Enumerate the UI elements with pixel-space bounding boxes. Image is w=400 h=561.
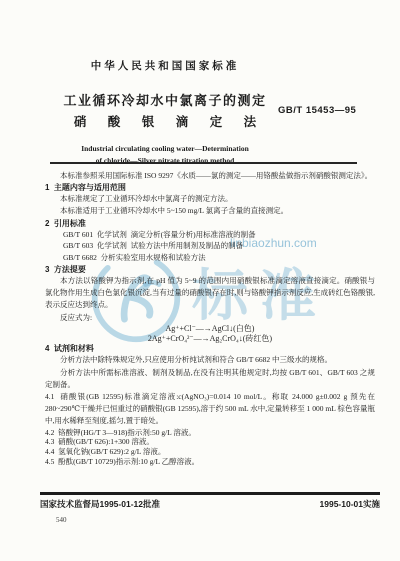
section1-para2: 本标准适用于工业循环冷却水中 5~150 mg/L 氯离子含量的直接测定。 [45,205,375,217]
footer: 国家技术监督局1995-01-12批准 1995-10-01实施 [40,498,380,510]
reagent-item-4-3: 4.3 硝酸(GB/T 626):1+300 溶液。 [45,437,375,447]
document-page: linbiaozhun.com 标准 中华人民共和国国家标准 工业循环冷却水中氯… [0,0,400,561]
doc-title-cn-line2: 硝 酸 银 滴 定 法 [45,112,285,130]
section1-heading: 1 主题内容与适用范围 [45,182,375,193]
national-standard-header: 中华人民共和国国家标准 [45,58,285,73]
doc-title-en-line1: Industrial circulating cooling water—Det… [45,143,285,155]
approval-note: 国家技术监督局1995-01-12批准 [40,498,160,510]
doc-title-en-line2: of chloride—Silver nitrate titration met… [45,155,285,167]
section3-heading: 3 方法提要 [45,264,375,275]
title-block: 中华人民共和国国家标准 工业循环冷却水中氯离子的测定 硝 酸 银 滴 定 法 I… [45,58,285,167]
reaction-label: 反应式为: [45,312,375,324]
section1-para1: 本标准规定了工业循环冷却水中氯离子的测定方法。 [45,193,375,205]
header-divider [50,162,357,164]
document-body: 本标准参照采用国际标准 ISO 9297《水质——氯的测定——用铬酸盐做指示剂硝… [45,170,375,467]
reference-item: GB/T 601 化学试剂 滴定分析(容量分析)用标准溶液的制备 [45,229,375,241]
section2-heading: 2 引用标准 [45,218,375,229]
reference-item: GB/T 6682 分析实验室用水规格和试验方法 [45,252,375,264]
standard-number: GB/T 15453—95 [278,105,356,116]
reagent-item-4-1: 4.1 硝酸银(GB 12595)标准滴定溶液:c(AgNO₃)=0.014 1… [45,391,375,428]
footer-divider [40,492,380,495]
reagent-item-4-4: 4.4 氢氧化钠(GB/T 629):2 g/L 溶液。 [45,447,375,457]
section4-para2: 分析方法中所需标准溶液、制剂及制品,在没有注明其他规定时,均按 GB/T 601… [45,367,375,391]
section4-para1: 分析方法中除特殊规定外,只应使用分析纯试剂和符合 GB/T 6682 中三级水的… [45,354,375,366]
reference-item: GB/T 603 化学试剂 试验方法中所用制剂及制品的制备 [45,240,375,252]
effective-date: 1995-10-01实施 [320,498,380,510]
page-number: 540 [56,516,67,524]
equation-2: 2Ag⁺+CrO₄²⁻—→Ag₂CrO₄↓(砖红色) [45,334,375,344]
doc-title-cn-line1: 工业循环冷却水中氯离子的测定 [45,90,285,109]
reagent-item-4-2: 4.2 铬酸钾(HG/T 3—918)指示剂:50 g/L 溶液。 [45,428,375,438]
section4-heading: 4 试剂和材料 [45,343,375,354]
reagent-item-4-5: 4.5 酚酞(GB/T 10729)指示剂:10 g/L 乙醇溶液。 [45,457,375,467]
equation-1: Ag⁺+Cl⁻—→AgCl↓(白色) [45,324,375,334]
reaction-equations: Ag⁺+Cl⁻—→AgCl↓(白色) 2Ag⁺+CrO₄²⁻—→Ag₂CrO₄↓… [45,324,375,344]
adoption-note: 本标准参照采用国际标准 ISO 9297《水质——氯的测定——用铬酸盐做指示剂硝… [45,170,375,182]
section3-para: 本方法以铬酸钾为指示剂,在 pH 值为 5~9 的范围内用硝酸银标准滴定溶液直接… [45,275,375,312]
